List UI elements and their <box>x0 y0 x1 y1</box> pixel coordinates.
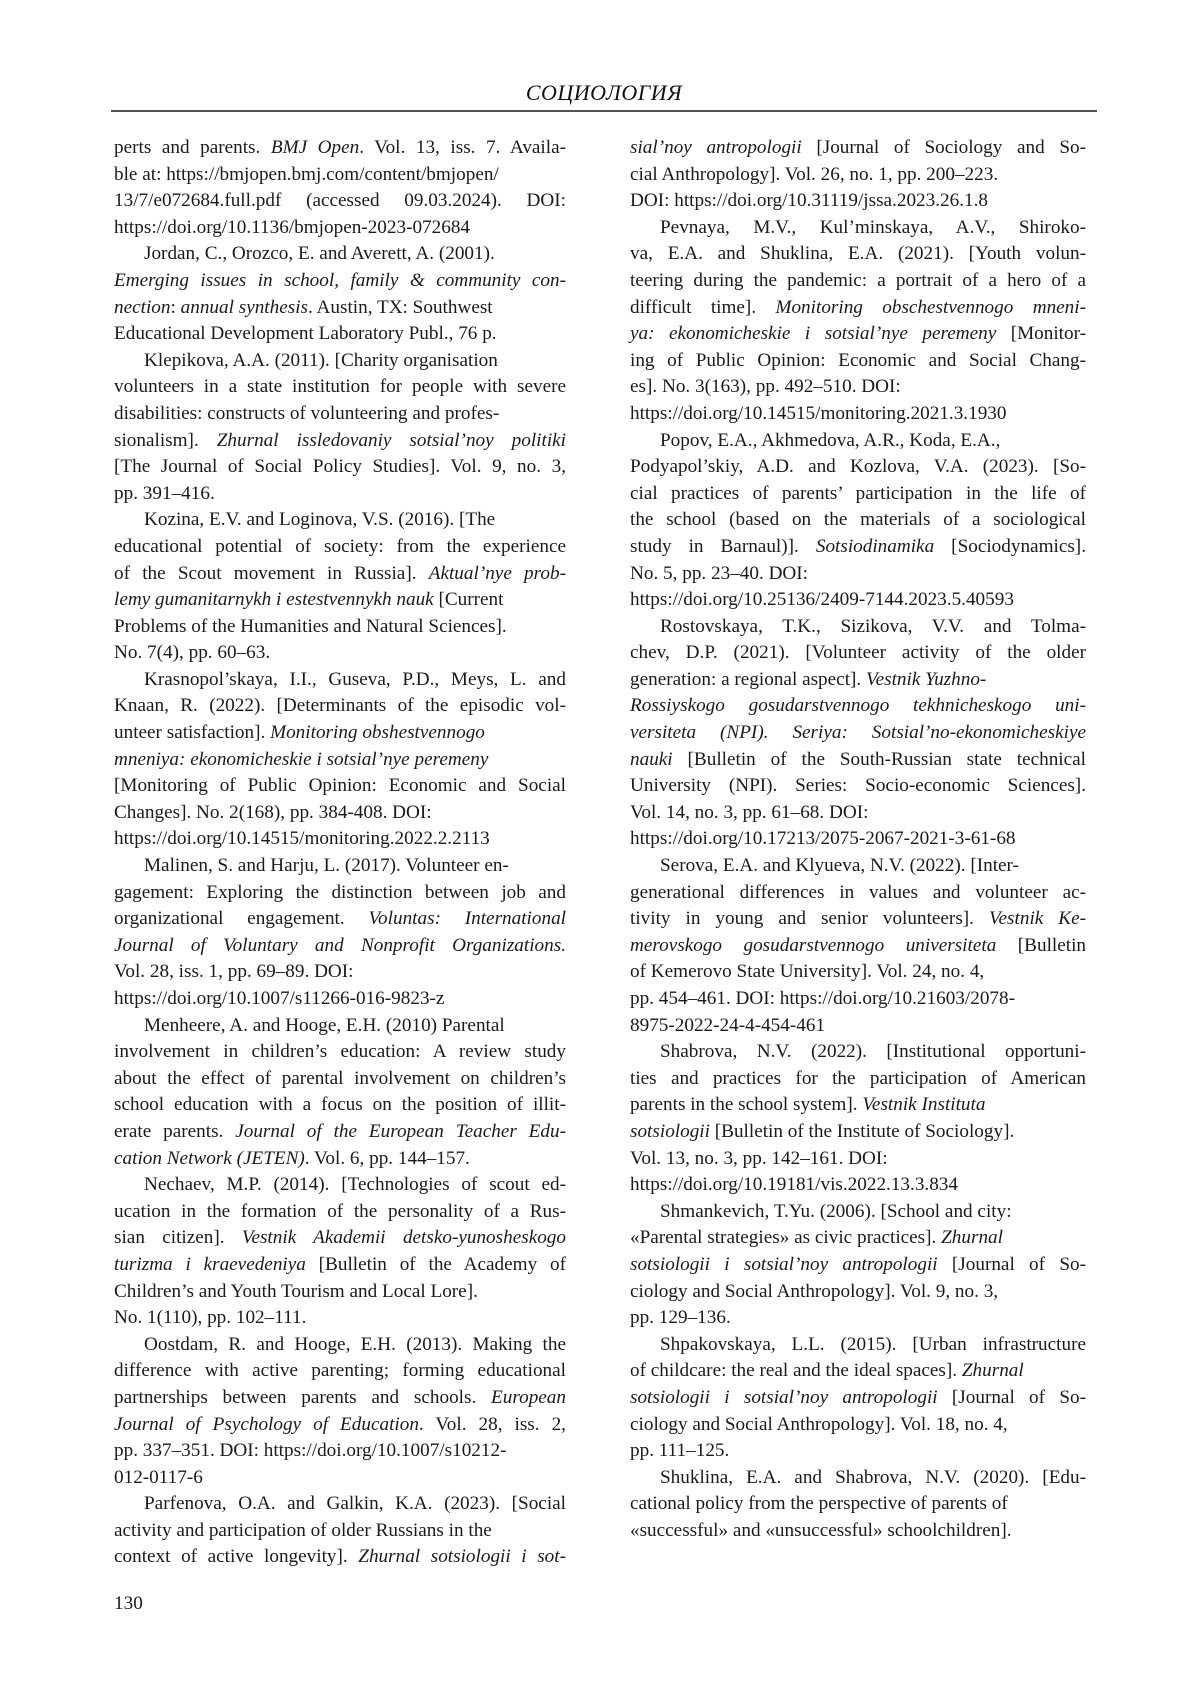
reference-text: DOI: https://doi.org/10.31119/jssa.2023.… <box>630 190 988 211</box>
reference-source-italic: sial’noy antropologii <box>630 137 802 158</box>
reference-text: disabilities: constructs of volunteering… <box>114 403 499 424</box>
reference-line: DOI: https://doi.org/10.31119/jssa.2023.… <box>630 188 1086 215</box>
reference-text: chev, D.P. (2021). [Volunteer activity o… <box>630 642 1086 663</box>
reference-line: https://doi.org/10.17213/2075-2067-2021-… <box>630 826 1086 853</box>
reference-text: pp. 111–125. <box>630 1440 729 1461</box>
reference-line: No. 5, pp. 23–40. DOI: <box>630 561 1086 588</box>
reference-line: difficult time]. Monitoring obschestvenn… <box>630 295 1086 322</box>
reference-text: sionalism]. <box>114 430 217 451</box>
reference-line: pp. 111–125. <box>630 1438 1086 1465</box>
reference-text: ties and practices for the participation… <box>630 1068 1086 1089</box>
reference-line: Problems of the Humanities and Natural S… <box>114 614 566 641</box>
reference-text: volunteers in a state institution for pe… <box>114 376 566 397</box>
reference-text: ciology and Social Anthropology]. Vol. 9… <box>630 1281 998 1302</box>
reference-text: ing of Public Opinion: Economic and Soci… <box>630 350 1086 371</box>
reference-text: [The Journal of Social Policy Studies]. … <box>114 456 566 477</box>
reference-source-italic: Vestnik Instituta <box>862 1094 985 1115</box>
reference-text: : <box>170 297 180 318</box>
reference-source-italic: Zhurnal sotsiologii i sot- <box>358 1546 566 1567</box>
reference-source-italic: cation Network (JETEN) <box>114 1148 305 1169</box>
reference-source-italic: Vestnik Yuzhno- <box>866 669 986 690</box>
reference-text: Shabrova, N.V. (2022). [Institutional op… <box>660 1041 1086 1062</box>
reference-text: [Current <box>434 589 504 610</box>
reference-line: lemy gumanitarnykh i estestvennykh nauk … <box>114 587 566 614</box>
reference-text: No. 5, pp. 23–40. DOI: <box>630 563 808 584</box>
reference-entry-start-line: Kozina, E.V. and Loginova, V.S. (2016). … <box>114 507 566 534</box>
reference-entry-start-line: Jordan, C., Orozco, E. and Averett, A. (… <box>114 241 566 268</box>
reference-line: ciology and Social Anthropology]. Vol. 9… <box>630 1279 1086 1306</box>
reference-text: https://doi.org/10.25136/2409-7144.2023.… <box>630 589 1014 610</box>
reference-text: 8975-2022-24-4-454-461 <box>630 1015 825 1036</box>
reference-entry-start-line: Pevnaya, M.V., Kul’minskaya, A.V., Shiro… <box>630 215 1086 242</box>
reference-text: [Bulletin <box>996 935 1086 956</box>
reference-line: gagement: Exploring the distinction betw… <box>114 880 566 907</box>
reference-source-italic: European <box>491 1387 566 1408</box>
reference-text: pp. 391–416. <box>114 483 215 504</box>
reference-source-italic: versiteta (NPI). Seriya: Sotsial’no-ekon… <box>630 722 1086 743</box>
reference-line: nection: annual synthesis. Austin, TX: S… <box>114 295 566 322</box>
reference-line: Changes]. No. 2(168), pp. 384-408. DOI: <box>114 800 566 827</box>
reference-text: Pevnaya, M.V., Kul’minskaya, A.V., Shiro… <box>660 217 1086 238</box>
reference-line: Emerging issues in school, family & comm… <box>114 268 566 295</box>
reference-line: parents in the school system]. Vestnik I… <box>630 1092 1086 1119</box>
reference-text: Children’s and Youth Tourism and Local L… <box>114 1281 478 1302</box>
reference-text: of the Scout movement in Russia]. <box>114 563 429 584</box>
reference-line: «Parental strategies» as civic practices… <box>630 1225 1086 1252</box>
reference-text: difference with active parenting; formin… <box>114 1360 566 1381</box>
reference-text: «successful» and «unsuccessful» schoolch… <box>630 1520 1012 1541</box>
reference-text: «Parental strategies» as civic practices… <box>630 1227 941 1248</box>
reference-text: ucation in the formation of the personal… <box>114 1201 566 1222</box>
reference-line: Knaan, R. (2022). [Determinants of the e… <box>114 693 566 720</box>
reference-text: unteer satisfaction]. <box>114 722 270 743</box>
reference-text: [Bulletin of the South-Russian state tec… <box>673 749 1086 770</box>
reference-line: https://doi.org/10.14515/monitoring.2022… <box>114 826 566 853</box>
reference-text: Malinen, S. and Harju, L. (2017). Volunt… <box>144 855 509 876</box>
reference-source-italic: Sotsiodinamika <box>816 536 934 557</box>
reference-source-italic: sotsiologii <box>630 1121 710 1142</box>
reference-entry-start-line: Klepikova, A.A. (2011). [Charity organis… <box>114 348 566 375</box>
reference-line: context of active longevity]. Zhurnal so… <box>114 1544 566 1571</box>
reference-text: of childcare: the real and the ideal spa… <box>630 1360 962 1381</box>
reference-text: 012-0117-6 <box>114 1467 203 1488</box>
reference-text: pp. 129–136. <box>630 1307 731 1328</box>
reference-entry-start-line: Shuklina, E.A. and Shabrova, N.V. (2020)… <box>630 1465 1086 1492</box>
reference-line: [Monitoring of Public Opinion: Economic … <box>114 773 566 800</box>
reference-line: [The Journal of Social Policy Studies]. … <box>114 454 566 481</box>
reference-text: of Kemerovo State University]. Vol. 24, … <box>630 961 984 982</box>
reference-entry-start-line: Krasnopol’skaya, I.I., Guseva, P.D., Mey… <box>114 667 566 694</box>
reference-text: Knaan, R. (2022). [Determinants of the e… <box>114 695 566 716</box>
reference-source-italic: Emerging issues in school, family & comm… <box>114 270 566 291</box>
reference-source-italic: sotsiologii i sotsial’noy antropologii <box>630 1254 938 1275</box>
reference-source-italic: ya: ekonomicheskie i sotsial’nye peremen… <box>630 323 996 344</box>
reference-source-italic: Journal of Psychology of Education <box>114 1414 419 1435</box>
reference-line: about the effect of parental involvement… <box>114 1066 566 1093</box>
reference-line: pp. 337–351. DOI: https://doi.org/10.100… <box>114 1438 566 1465</box>
reference-text: the school (based on the materials of a … <box>630 509 1086 530</box>
reference-text: Rostovskaya, T.K., Sizikova, V.V. and To… <box>660 616 1086 637</box>
reference-line: study in Barnaul)]. Sotsiodinamika [Soci… <box>630 534 1086 561</box>
reference-source-italic: Monitoring obschestvennogo mneni- <box>775 297 1086 318</box>
reference-line: sian citizen]. Vestnik Akademii detsko-y… <box>114 1225 566 1252</box>
reference-line: Vol. 28, iss. 1, pp. 69–89. DOI: <box>114 959 566 986</box>
reference-line: https://doi.org/10.25136/2409-7144.2023.… <box>630 587 1086 614</box>
reference-text: gagement: Exploring the distinction betw… <box>114 882 566 903</box>
reference-line: 012-0117-6 <box>114 1465 566 1492</box>
reference-text: Vol. 28, iss. 1, pp. 69–89. DOI: <box>114 961 354 982</box>
reference-text: perts and parents. <box>114 137 271 158</box>
reference-line: turizma i kraevedeniya [Bulletin of the … <box>114 1252 566 1279</box>
reference-line: Vol. 14, no. 3, pp. 61–68. DOI: <box>630 800 1086 827</box>
reference-entry-start-line: Rostovskaya, T.K., Sizikova, V.V. and To… <box>630 614 1086 641</box>
reference-line: https://doi.org/10.1007/s11266-016-9823-… <box>114 986 566 1013</box>
reference-line: activity and participation of older Russ… <box>114 1518 566 1545</box>
reference-line: Children’s and Youth Tourism and Local L… <box>114 1279 566 1306</box>
reference-line: unteer satisfaction]. Monitoring obshest… <box>114 720 566 747</box>
reference-text: study in Barnaul)]. <box>630 536 816 557</box>
reference-text: [Monitor- <box>996 323 1086 344</box>
reference-line: organizational engagement. Voluntas: Int… <box>114 906 566 933</box>
reference-text: Shuklina, E.A. and Shabrova, N.V. (2020)… <box>660 1467 1086 1488</box>
reference-line: es]. No. 3(163), pp. 492–510. DOI: <box>630 374 1086 401</box>
reference-line: chev, D.P. (2021). [Volunteer activity o… <box>630 640 1086 667</box>
reference-line: ciology and Social Anthropology]. Vol. 1… <box>630 1412 1086 1439</box>
reference-text: activity and participation of older Russ… <box>114 1520 492 1541</box>
reference-text: [Sociodynamics]. <box>934 536 1086 557</box>
reference-text: generational differences in values and v… <box>630 882 1086 903</box>
reference-line: Journal of Psychology of Education. Vol.… <box>114 1412 566 1439</box>
reference-text: tivity in young and senior volunteers]. <box>630 908 989 929</box>
reference-line: sotsiologii [Bulletin of the Institute o… <box>630 1119 1086 1146</box>
reference-line: merovskogo gosudarstvennogo universiteta… <box>630 933 1086 960</box>
reference-text: https://doi.org/10.1136/bmjopen-2023-072… <box>114 217 470 238</box>
reference-text: [Bulletin of the Academy of <box>306 1254 566 1275</box>
reference-line: https://doi.org/10.14515/monitoring.2021… <box>630 401 1086 428</box>
reference-text: . Austin, TX: Southwest <box>308 297 493 318</box>
reference-text: [Monitoring of Public Opinion: Economic … <box>114 775 566 796</box>
reference-text: partnerships between parents and schools… <box>114 1387 491 1408</box>
reference-entry-start-line: Parfenova, O.A. and Galkin, K.A. (2023).… <box>114 1491 566 1518</box>
reference-line: Vol. 13, no. 3, pp. 142–161. DOI: <box>630 1146 1086 1173</box>
reference-text: University (NPI). Series: Socio-economic… <box>630 775 1086 796</box>
reference-text: cial practices of parents’ participation… <box>630 483 1086 504</box>
reference-line: «successful» and «unsuccessful» schoolch… <box>630 1518 1086 1545</box>
reference-text: Serova, E.A. and Klyueva, N.V. (2022). [… <box>660 855 1019 876</box>
reference-line: sial’noy antropologii [Journal of Sociol… <box>630 135 1086 162</box>
reference-source-italic: nauki <box>630 749 673 770</box>
reference-text: Podyapol’skiy, A.D. and Kozlova, V.A. (2… <box>630 456 1086 477</box>
reference-text: https://doi.org/10.14515/monitoring.2022… <box>114 828 490 849</box>
reference-source-italic: BMJ Open <box>271 137 359 158</box>
reference-text: Educational Development Laboratory Publ.… <box>114 323 497 344</box>
reference-text: cial Anthropology]. Vol. 26, no. 1, pp. … <box>630 164 998 185</box>
reference-line: ya: ekonomicheskie i sotsial’nye peremen… <box>630 321 1086 348</box>
reference-text: va, E.A. and Shuklina, E.A. (2021). [You… <box>630 243 1086 264</box>
reference-line: pp. 391–416. <box>114 481 566 508</box>
reference-text: cational policy from the perspective of … <box>630 1493 1008 1514</box>
reference-entry-start-line: Popov, E.A., Akhmedova, A.R., Koda, E.A.… <box>630 428 1086 455</box>
references-column-left: perts and parents. BMJ Open. Vol. 13, is… <box>114 135 566 1571</box>
reference-source-italic: Vestnik Ke- <box>989 908 1086 929</box>
reference-line: va, E.A. and Shuklina, E.A. (2021). [You… <box>630 241 1086 268</box>
reference-source-italic: lemy gumanitarnykh i estestvennykh nauk <box>114 589 434 610</box>
reference-text: https://doi.org/10.1007/s11266-016-9823-… <box>114 988 444 1009</box>
reference-text: No. 1(110), pp. 102–111. <box>114 1307 306 1328</box>
reference-text: Vol. 14, no. 3, pp. 61–68. DOI: <box>630 802 868 823</box>
reference-line: cial practices of parents’ participation… <box>630 481 1086 508</box>
reference-text: Changes]. No. 2(168), pp. 384-408. DOI: <box>114 802 432 823</box>
reference-source-italic: Aktual’nye prob- <box>429 563 566 584</box>
reference-text: Problems of the Humanities and Natural S… <box>114 616 507 637</box>
reference-text: [Journal of So- <box>938 1387 1086 1408</box>
reference-text: 13/7/e072684.full.pdf (accessed 09.03.20… <box>114 190 566 211</box>
reference-text: https://doi.org/10.14515/monitoring.2021… <box>630 403 1006 424</box>
reference-text: Shpakovskaya, L.L. (2015). [Urban infras… <box>660 1334 1086 1355</box>
reference-text: ble at: https://bmjopen.bmj.com/content/… <box>114 164 499 185</box>
reference-line: 13/7/e072684.full.pdf (accessed 09.03.20… <box>114 188 566 215</box>
reference-line: the school (based on the materials of a … <box>630 507 1086 534</box>
reference-source-italic: mneniya: ekonomicheskie i sotsial’nye pe… <box>114 749 488 770</box>
running-header-title: СОЦИОЛОГИЯ <box>111 80 1097 106</box>
reference-line: University (NPI). Series: Socio-economic… <box>630 773 1086 800</box>
reference-text: . Vol. 13, iss. 7. Availa- <box>359 137 566 158</box>
reference-line: Podyapol’skiy, A.D. and Kozlova, V.A. (2… <box>630 454 1086 481</box>
reference-text: No. 7(4), pp. 60–63. <box>114 642 270 663</box>
reference-source-italic: Zhurnal <box>941 1227 1003 1248</box>
reference-text: Klepikova, A.A. (2011). [Charity organis… <box>144 350 498 371</box>
reference-line: pp. 454–461. DOI: https://doi.org/10.216… <box>630 986 1086 1013</box>
reference-source-italic: Zhurnal <box>962 1360 1024 1381</box>
reference-text: . Vol. 28, iss. 2, <box>419 1414 566 1435</box>
reference-text: es]. No. 3(163), pp. 492–510. DOI: <box>630 376 901 397</box>
reference-line: sionalism]. Zhurnal issledovaniy sotsial… <box>114 428 566 455</box>
reference-line: ing of Public Opinion: Economic and Soci… <box>630 348 1086 375</box>
reference-source-italic: merovskogo gosudarstvennogo universiteta <box>630 935 996 956</box>
reference-entry-start-line: Nechaev, M.P. (2014). [Technologies of s… <box>114 1172 566 1199</box>
reference-line: versiteta (NPI). Seriya: Sotsial’no-ekon… <box>630 720 1086 747</box>
reference-text: sian citizen]. <box>114 1227 242 1248</box>
reference-source-italic: Journal of Voluntary and Nonprofit Organ… <box>114 935 566 956</box>
reference-text: Krasnopol’skaya, I.I., Guseva, P.D., Mey… <box>144 669 566 690</box>
reference-text: [Bulletin of the Institute of Sociology]… <box>710 1121 1014 1142</box>
reference-line: sotsiologii i sotsial’noy antropologii [… <box>630 1385 1086 1412</box>
reference-source-italic: sotsiologii i sotsial’noy antropologii <box>630 1387 938 1408</box>
reference-line: perts and parents. BMJ Open. Vol. 13, is… <box>114 135 566 162</box>
reference-entry-start-line: Oostdam, R. and Hooge, E.H. (2013). Maki… <box>114 1332 566 1359</box>
reference-line: ble at: https://bmjopen.bmj.com/content/… <box>114 162 566 189</box>
reference-text: . Vol. 6, pp. 144–157. <box>305 1148 470 1169</box>
reference-source-italic: Monitoring obshestvennogo <box>270 722 485 743</box>
reference-text: difficult time]. <box>630 297 775 318</box>
reference-text: https://doi.org/10.17213/2075-2067-2021-… <box>630 828 1016 849</box>
reference-line: Educational Development Laboratory Publ.… <box>114 321 566 348</box>
reference-source-italic: Journal of the European Teacher Edu- <box>235 1121 566 1142</box>
reference-text: educational potential of society: from t… <box>114 536 566 557</box>
reference-text: pp. 337–351. DOI: https://doi.org/10.100… <box>114 1440 506 1461</box>
reference-line: generational differences in values and v… <box>630 880 1086 907</box>
reference-text: [Journal of Sociology and So- <box>802 137 1086 158</box>
reference-text: context of active longevity]. <box>114 1546 358 1567</box>
reference-line: of the Scout movement in Russia]. Aktual… <box>114 561 566 588</box>
reference-text: Jordan, C., Orozco, E. and Averett, A. (… <box>144 243 495 264</box>
reference-line: partnerships between parents and schools… <box>114 1385 566 1412</box>
reference-line: tivity in young and senior volunteers]. … <box>630 906 1086 933</box>
reference-source-italic: Voluntas: International <box>368 908 566 929</box>
reference-line: ucation in the formation of the personal… <box>114 1199 566 1226</box>
reference-text: ciology and Social Anthropology]. Vol. 1… <box>630 1414 1008 1435</box>
reference-line: cational policy from the perspective of … <box>630 1491 1086 1518</box>
reference-text: [Journal of So- <box>938 1254 1086 1275</box>
reference-text: about the effect of parental involvement… <box>114 1068 566 1089</box>
page-number: 130 <box>114 1593 143 1615</box>
reference-line: nauki [Bulletin of the South-Russian sta… <box>630 747 1086 774</box>
reference-line: involvement in children’s education: A r… <box>114 1039 566 1066</box>
reference-entry-start-line: Shmankevich, T.Yu. (2006). [School and c… <box>630 1199 1086 1226</box>
reference-line: disabilities: constructs of volunteering… <box>114 401 566 428</box>
reference-line: cation Network (JETEN). Vol. 6, pp. 144–… <box>114 1146 566 1173</box>
reference-source-italic: Rossiyskogo gosudarstvennogo tekhnichesk… <box>630 695 1086 716</box>
reference-text: pp. 454–461. DOI: https://doi.org/10.216… <box>630 988 1015 1009</box>
reference-line: sotsiologii i sotsial’noy antropologii [… <box>630 1252 1086 1279</box>
reference-text: involvement in children’s education: A r… <box>114 1041 566 1062</box>
reference-text: Menheere, A. and Hooge, E.H. (2010) Pare… <box>144 1015 505 1036</box>
reference-line: No. 1(110), pp. 102–111. <box>114 1305 566 1332</box>
references-column-right: sial’noy antropologii [Journal of Sociol… <box>630 135 1086 1544</box>
reference-text: Shmankevich, T.Yu. (2006). [School and c… <box>660 1201 1012 1222</box>
reference-entry-start-line: Malinen, S. and Harju, L. (2017). Volunt… <box>114 853 566 880</box>
reference-entry-start-line: Shabrova, N.V. (2022). [Institutional op… <box>630 1039 1086 1066</box>
reference-line: cial Anthropology]. Vol. 26, no. 1, pp. … <box>630 162 1086 189</box>
reference-line: volunteers in a state institution for pe… <box>114 374 566 401</box>
reference-text: Kozina, E.V. and Loginova, V.S. (2016). … <box>144 509 495 530</box>
reference-text: Parfenova, O.A. and Galkin, K.A. (2023).… <box>144 1493 566 1514</box>
reference-entry-start-line: Shpakovskaya, L.L. (2015). [Urban infras… <box>630 1332 1086 1359</box>
reference-line: difference with active parenting; formin… <box>114 1358 566 1385</box>
reference-text: Popov, E.A., Akhmedova, A.R., Koda, E.A.… <box>660 430 1000 451</box>
reference-text: Oostdam, R. and Hooge, E.H. (2013). Maki… <box>144 1334 566 1355</box>
reference-text: generation: a regional aspect]. <box>630 669 866 690</box>
reference-line: ties and practices for the participation… <box>630 1066 1086 1093</box>
reference-source-italic: turizma i kraevedeniya <box>114 1254 306 1275</box>
reference-entry-start-line: Serova, E.A. and Klyueva, N.V. (2022). [… <box>630 853 1086 880</box>
reference-text: https://doi.org/10.19181/vis.2022.13.3.8… <box>630 1174 958 1195</box>
reference-source-italic: Zhurnal issledovaniy sotsial’noy politik… <box>217 430 566 451</box>
reference-line: pp. 129–136. <box>630 1305 1086 1332</box>
reference-line: mneniya: ekonomicheskie i sotsial’nye pe… <box>114 747 566 774</box>
reference-text: organizational engagement. <box>114 908 368 929</box>
reference-line: No. 7(4), pp. 60–63. <box>114 640 566 667</box>
reference-line: erate parents. Journal of the European T… <box>114 1119 566 1146</box>
reference-source-italic: Vestnik Akademii detsko-yunosheskogo <box>242 1227 566 1248</box>
reference-text: Nechaev, M.P. (2014). [Technologies of s… <box>144 1174 566 1195</box>
reference-line: of childcare: the real and the ideal spa… <box>630 1358 1086 1385</box>
reference-line: of Kemerovo State University]. Vol. 24, … <box>630 959 1086 986</box>
reference-line: 8975-2022-24-4-454-461 <box>630 1013 1086 1040</box>
reference-source-italic: annual synthesis <box>181 297 308 318</box>
reference-entry-start-line: Menheere, A. and Hooge, E.H. (2010) Pare… <box>114 1013 566 1040</box>
reference-line: school education with a focus on the pos… <box>114 1092 566 1119</box>
reference-text: parents in the school system]. <box>630 1094 862 1115</box>
reference-text: teering during the pandemic: a portrait … <box>630 270 1086 291</box>
reference-source-italic: nection <box>114 297 170 318</box>
header-rule <box>111 110 1097 112</box>
reference-text: Vol. 13, no. 3, pp. 142–161. DOI: <box>630 1148 888 1169</box>
reference-text: school education with a focus on the pos… <box>114 1094 566 1115</box>
reference-line: Rossiyskogo gosudarstvennogo tekhnichesk… <box>630 693 1086 720</box>
reference-line: generation: a regional aspect]. Vestnik … <box>630 667 1086 694</box>
reference-line: Journal of Voluntary and Nonprofit Organ… <box>114 933 566 960</box>
reference-line: teering during the pandemic: a portrait … <box>630 268 1086 295</box>
reference-text: erate parents. <box>114 1121 235 1142</box>
reference-line: https://doi.org/10.1136/bmjopen-2023-072… <box>114 215 566 242</box>
reference-line: educational potential of society: from t… <box>114 534 566 561</box>
reference-line: https://doi.org/10.19181/vis.2022.13.3.8… <box>630 1172 1086 1199</box>
